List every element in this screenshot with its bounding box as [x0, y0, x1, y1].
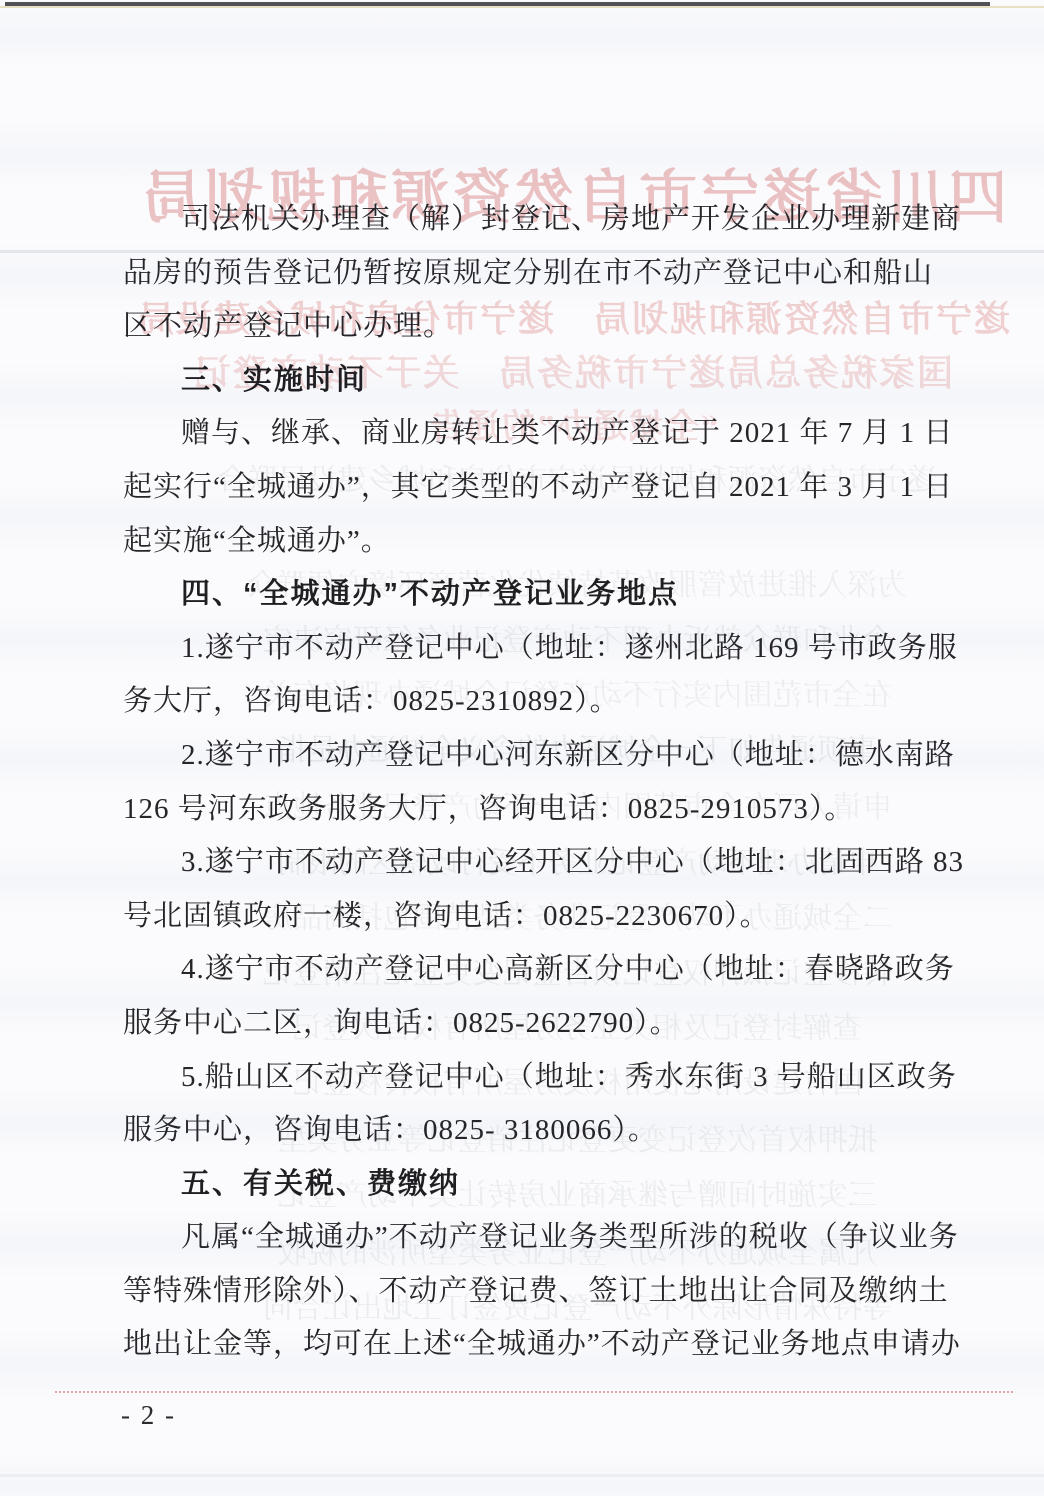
section-heading: 五、有关税、费缴纳 [123, 1158, 938, 1212]
bleed-through-divider [55, 1391, 1013, 1393]
text-line: 1.遂宁市不动产登记中心（地址：遂州北路 169 号市政务服 [123, 622, 938, 676]
scanned-document-page: { "page": { "paper_color": "#fbfbfd", "i… [0, 0, 1044, 1496]
section-heading: 三、实施时间 [123, 354, 938, 408]
text-line: 区不动产登记中心办理。 [123, 300, 938, 354]
text-line: 地出让金等，均可在上述“全城通办”不动产登记业务地点申请办 [123, 1318, 938, 1372]
text-line: 服务中心，咨询电话：0825- 3180066）。 [123, 1104, 938, 1158]
text-line: 赠与、继承、商业房转让类不动产登记于 2021 年 7 月 1 日 [123, 407, 938, 461]
text-line: 5.船山区不动产登记中心（地址：秀水东街 3 号船山区政务 [123, 1051, 938, 1105]
text-line: 4.遂宁市不动产登记中心高新区分中心（地址：春晓路政务 [123, 943, 938, 997]
text-line: 服务中心二区，询电话：0825-2622790）。 [123, 997, 938, 1051]
text-line: 126 号河东政务服务大厅，咨询电话：0825-2910573）。 [123, 783, 938, 837]
text-line: 务大厅，咨询电话：0825-2310892）。 [123, 675, 938, 729]
text-line: 起实施“全城通办”。 [123, 515, 938, 569]
text-line: 凡属“全城通办”不动产登记业务类型所涉的税收（争议业务 [123, 1211, 938, 1265]
section-heading: 四、“全城通办”不动产登记业务地点 [123, 568, 938, 622]
document-body: 司法机关办理查（解）封登记、房地产开发企业办理新建商品房的预告登记仍暂按原规定分… [123, 193, 938, 1372]
text-line: 等特殊情形除外）、不动产登记费、签订土地出让合同及缴纳土 [123, 1265, 938, 1319]
scan-edge-tint [0, 6, 1044, 8]
text-line: 司法机关办理查（解）封登记、房地产开发企业办理新建商 [123, 193, 938, 247]
page-number: - 2 - [121, 1395, 176, 1435]
scan-band [0, 1474, 1044, 1477]
text-line: 3.遂宁市不动产登记中心经开区分中心（地址：北固西路 83 [123, 836, 938, 890]
text-line: 品房的预告登记仍暂按原规定分别在市不动产登记中心和船山 [123, 247, 938, 301]
text-line: 号北固镇政府一楼，咨询电话：0825-2230670）。 [123, 890, 938, 944]
text-line: 起实行“全城通办”，其它类型的不动产登记自 2021 年 3 月 1 日 [123, 461, 938, 515]
text-line: 2.遂宁市不动产登记中心河东新区分中心（地址：德水南路 [123, 729, 938, 783]
